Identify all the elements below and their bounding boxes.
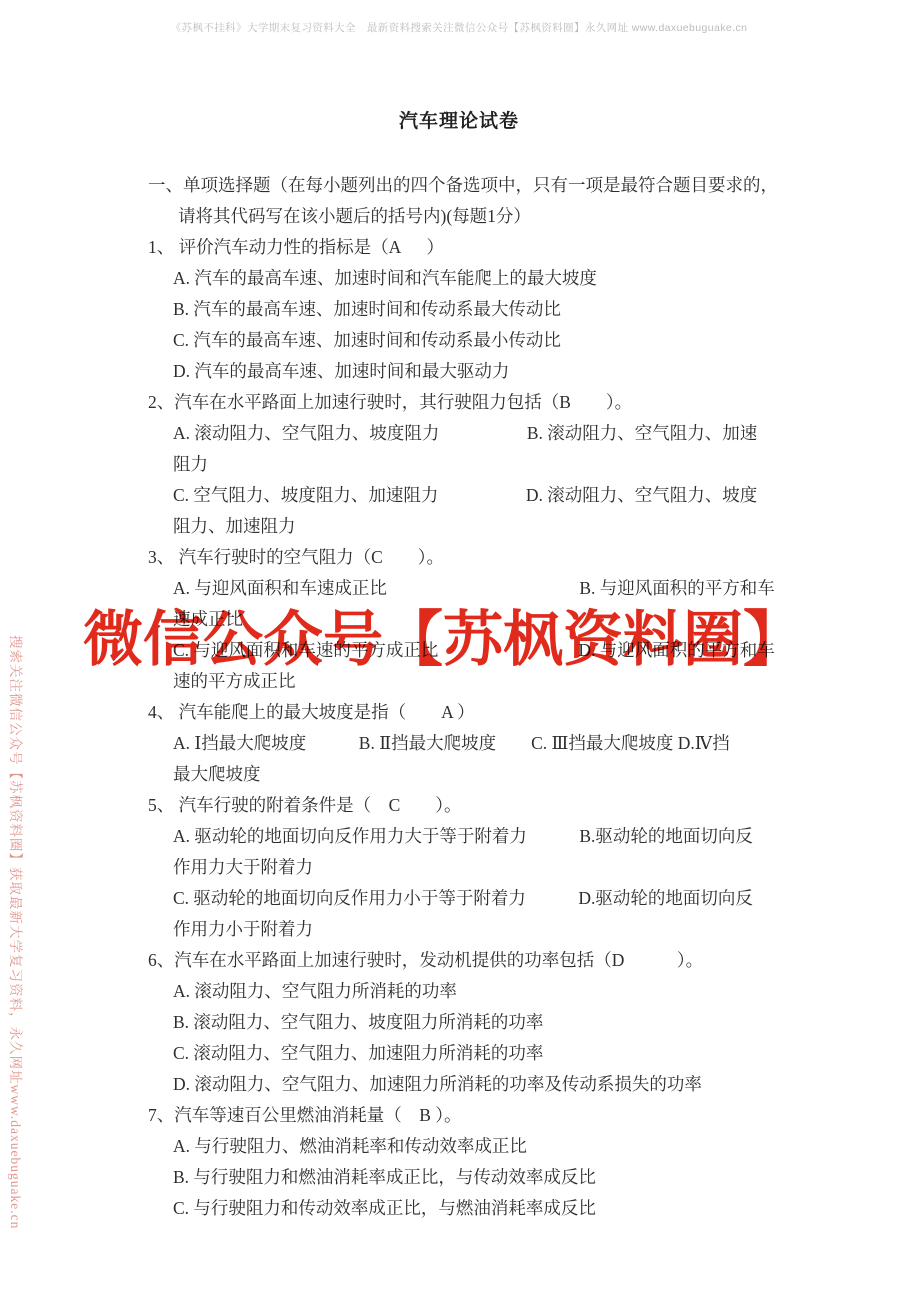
- exam-text-line: 阻力: [148, 449, 808, 480]
- exam-text-line: C. 汽车的最高车速、加速时间和传动系最小传动比: [148, 325, 808, 356]
- exam-text-line: 2、汽车在水平路面上加速行驶时，其行驶阻力包括（B ）。: [148, 387, 808, 418]
- page-title: 汽车理论试卷: [0, 106, 918, 133]
- exam-text-line: C. 与行驶阻力和传动效率成正比，与燃油消耗率成反比: [148, 1193, 808, 1224]
- exam-text-line: 3、 汽车行驶时的空气阻力（C ）。: [148, 542, 808, 573]
- exam-text-line: C. 驱动轮的地面切向反作用力小于等于附着力 D.驱动轮的地面切向反: [148, 883, 808, 914]
- exam-text-line: C. 滚动阻力、空气阻力、加速阻力所消耗的功率: [148, 1038, 808, 1069]
- exam-text-line: 7、汽车等速百公里燃油消耗量（ B ）。: [148, 1100, 808, 1131]
- exam-text-line: 1、 评价汽车动力性的指标是（A ）: [148, 232, 808, 263]
- exam-text-line: 作用力大于附着力: [148, 852, 808, 883]
- exam-text-line: 阻力、加速阻力: [148, 511, 808, 542]
- center-watermark: 微信公众号【苏枫资料圈】: [83, 592, 803, 678]
- exam-text-line: A. 汽车的最高车速、加速时间和汽车能爬上的最大坡度: [148, 263, 808, 294]
- exam-body: 一、单项选择题（在每小题列出的四个备选项中，只有一项是最符合题目要求的，请将其代…: [148, 170, 808, 1224]
- exam-text-line: D. 滚动阻力、空气阻力、加速阻力所消耗的功率及传动系损失的功率: [148, 1069, 808, 1100]
- promo-header-text: 《苏枫不挂科》大学期末复习资料大全 最新资料搜索关注微信公众号【苏枫资料圈】永久…: [0, 20, 918, 35]
- exam-document-page: 《苏枫不挂科》大学期末复习资料大全 最新资料搜索关注微信公众号【苏枫资料圈】永久…: [0, 0, 918, 1298]
- exam-text-line: B. 滚动阻力、空气阻力、坡度阻力所消耗的功率: [148, 1007, 808, 1038]
- exam-text-line: 请将其代码写在该小题后的括号内)(每题1分）: [148, 201, 808, 232]
- exam-text-line: A. 驱动轮的地面切向反作用力大于等于附着力 B.驱动轮的地面切向反: [148, 821, 808, 852]
- exam-text-line: A. 滚动阻力、空气阻力、坡度阻力 B. 滚动阻力、空气阻力、加速: [148, 418, 808, 449]
- exam-text-line: 最大爬坡度: [148, 759, 808, 790]
- exam-text-line: B. 与行驶阻力和燃油消耗率成正比，与传动效率成反比: [148, 1162, 808, 1193]
- exam-text-line: 4、 汽车能爬上的最大坡度是指（ A ）: [148, 697, 808, 728]
- exam-text-line: B. 汽车的最高车速、加速时间和传动系最大传动比: [148, 294, 808, 325]
- exam-text-line: 作用力小于附着力: [148, 914, 808, 945]
- exam-text-line: D. 汽车的最高车速、加速时间和最大驱动力: [148, 356, 808, 387]
- exam-text-line: A. 与行驶阻力、燃油消耗率和传动效率成正比: [148, 1131, 808, 1162]
- side-watermark: 搜索关注微信公众号【苏枫资料圈】获取最新大学复习资料，永久网址www.daxue…: [7, 635, 27, 1229]
- exam-text-line: C. 空气阻力、坡度阻力、加速阻力 D. 滚动阻力、空气阻力、坡度: [148, 480, 808, 511]
- exam-text-line: A. Ⅰ挡最大爬坡度 B. Ⅱ挡最大爬坡度 C. Ⅲ挡最大爬坡度 D.Ⅳ挡: [148, 728, 808, 759]
- exam-text-line: 6、汽车在水平路面上加速行驶时，发动机提供的功率包括（D ）。: [148, 945, 808, 976]
- exam-text-line: A. 滚动阻力、空气阻力所消耗的功率: [148, 976, 808, 1007]
- exam-text-line: 一、单项选择题（在每小题列出的四个备选项中，只有一项是最符合题目要求的，: [148, 170, 808, 201]
- exam-text-line: 5、 汽车行驶的附着条件是（ C ）。: [148, 790, 808, 821]
